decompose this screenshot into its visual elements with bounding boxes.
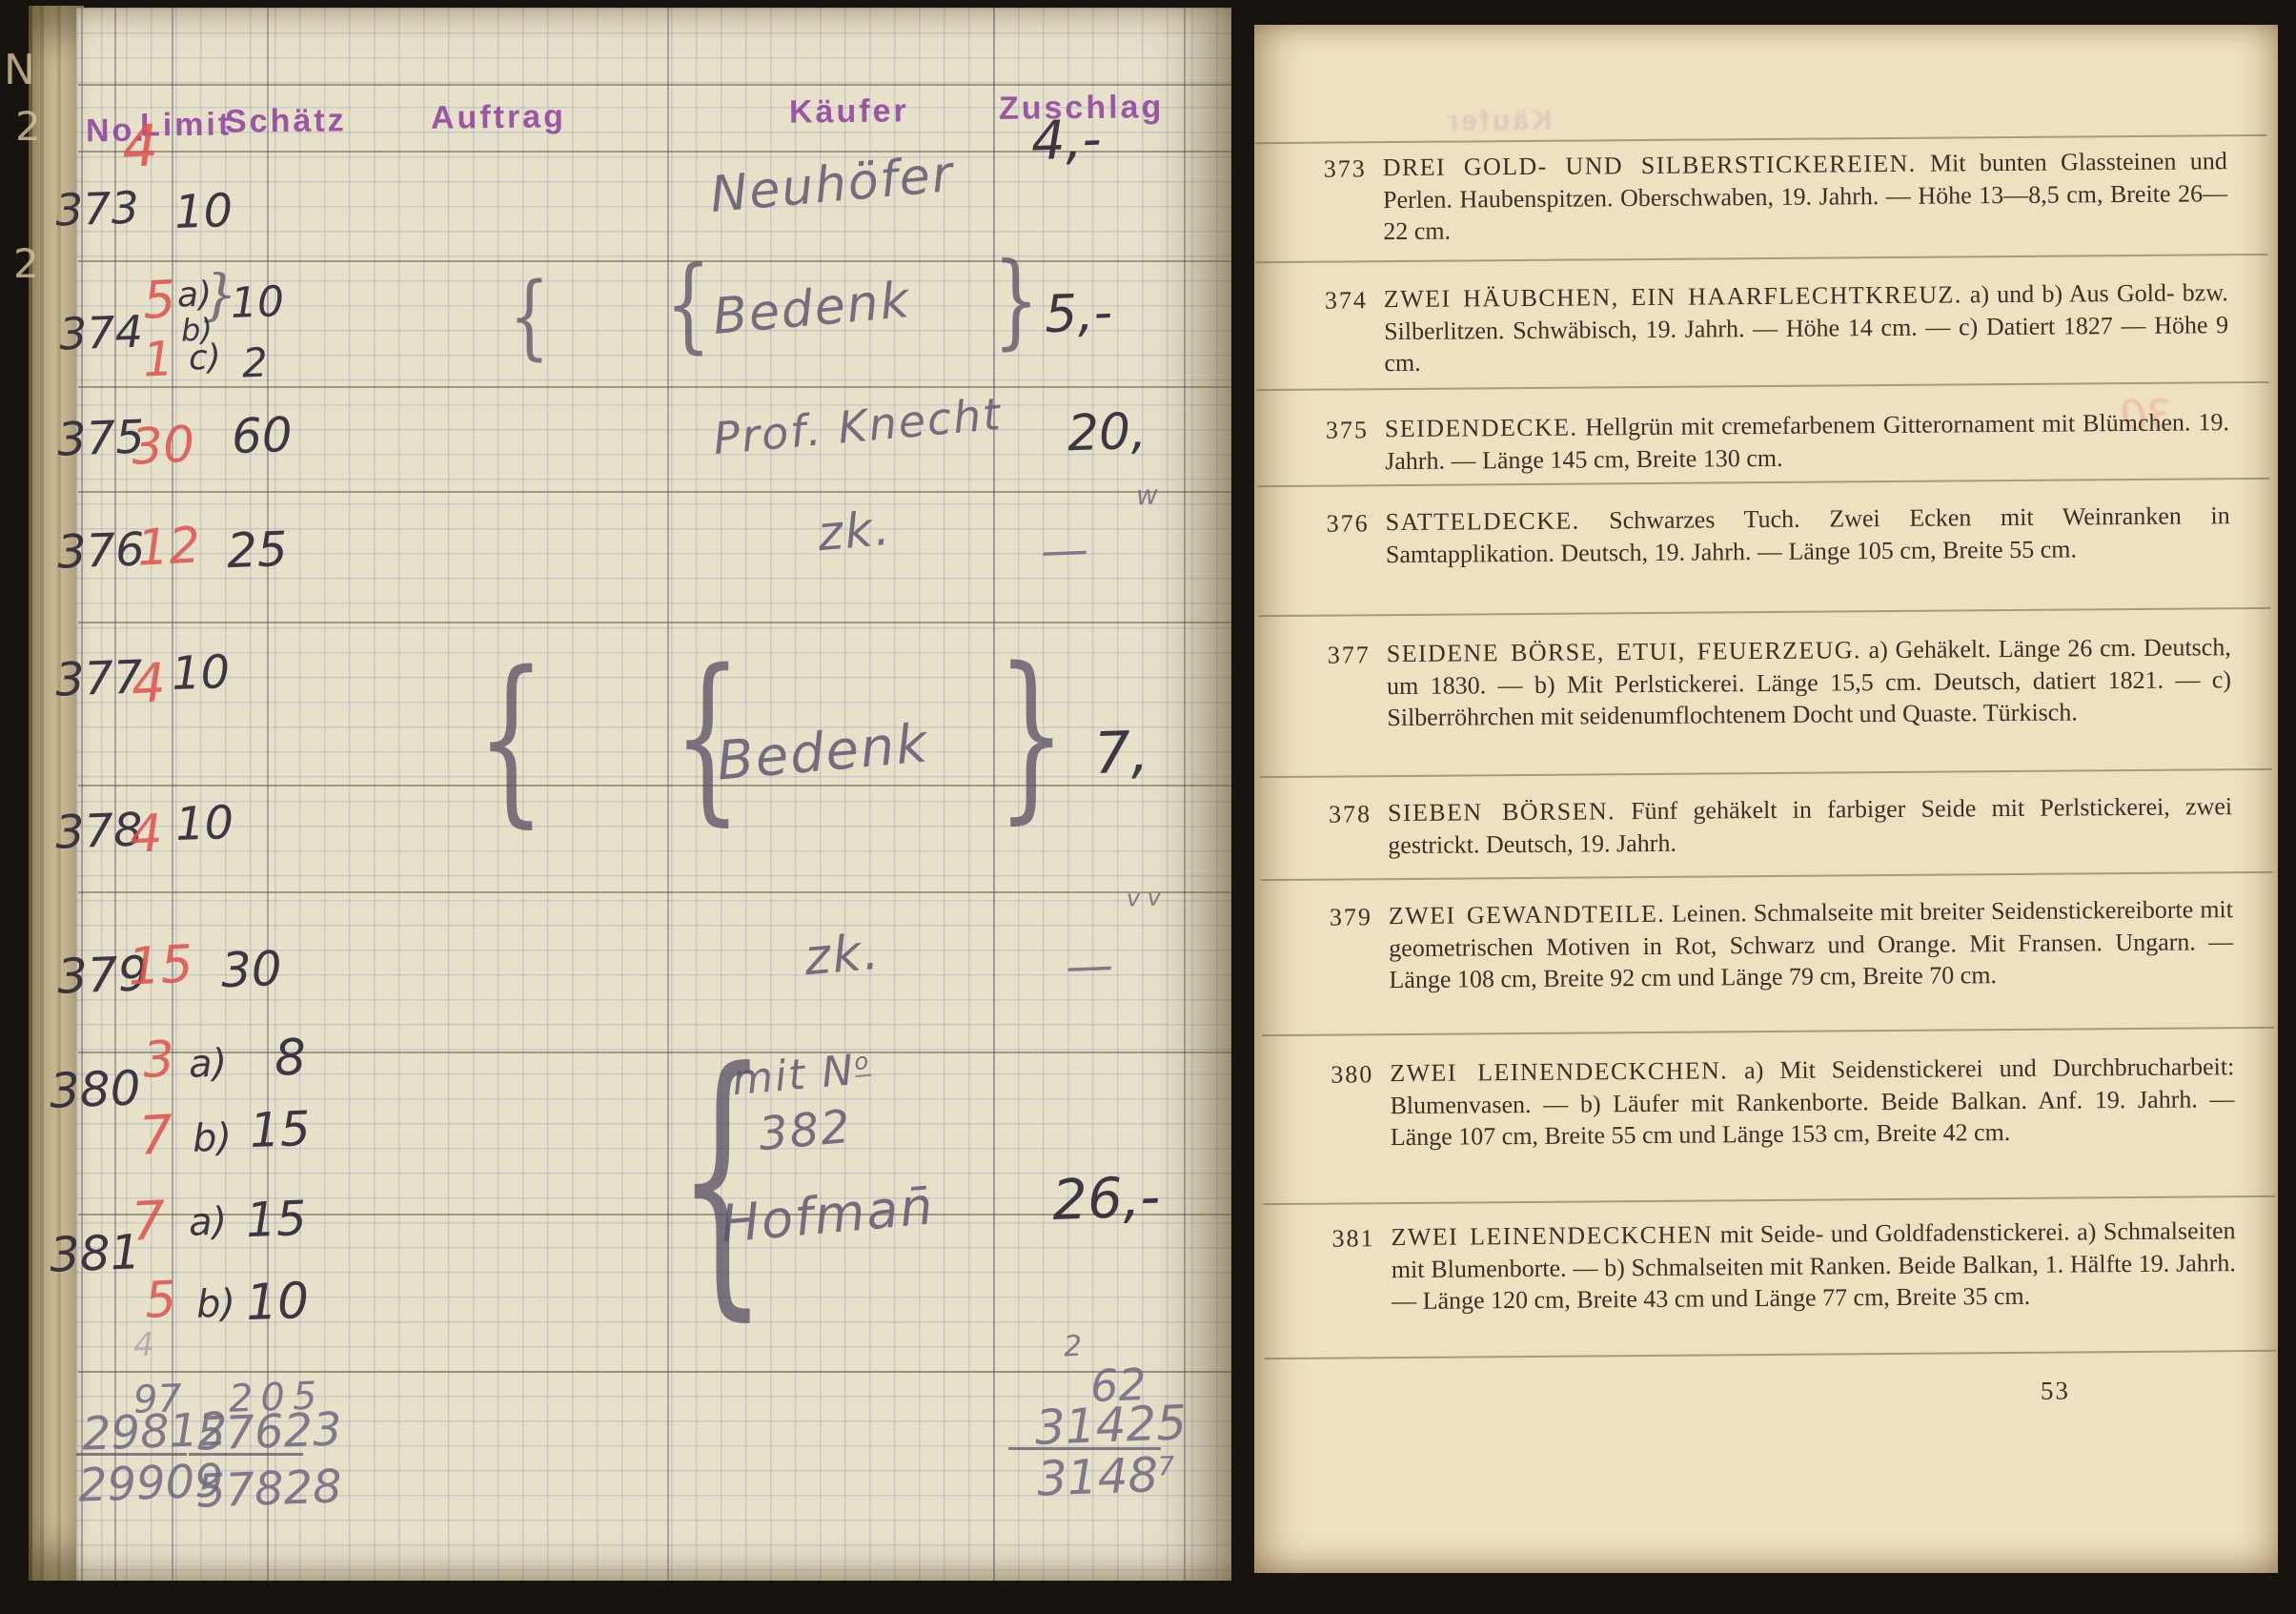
total-zuschlag-carry: 2 bbox=[1063, 1333, 1082, 1362]
hammer-price-dash: — bbox=[1065, 941, 1114, 991]
hammer-price: 4,- bbox=[1030, 113, 1103, 170]
lot-number: 373 bbox=[54, 185, 139, 232]
row-separator bbox=[78, 1052, 1231, 1053]
limit-value: 7 bbox=[131, 1195, 168, 1250]
catalog-entry: 373 DREI GOLD- UND SILBERSTICKEREIEN. Mi… bbox=[1383, 145, 2228, 247]
hammer-price: 26,- bbox=[1051, 1169, 1161, 1228]
column-line bbox=[81, 8, 83, 1581]
sum-line bbox=[76, 1453, 187, 1456]
limit-value: 4 bbox=[129, 807, 164, 861]
catalog-entry: 379 ZWEI GEWANDTEILE. Leinen. Schmalseit… bbox=[1389, 893, 2234, 995]
part-label: b) bbox=[192, 1118, 232, 1157]
total-schaetz-add: 57623 bbox=[195, 1406, 342, 1457]
book-scan: N 2 2 No. Limit Schätz Auftrag Käufer Zu… bbox=[0, 0, 2296, 1614]
column-line bbox=[172, 8, 173, 1581]
limit-value: 4 bbox=[120, 117, 159, 176]
entry-title: ZWEI LEINENDECKCHEN bbox=[1391, 1220, 1713, 1251]
entry-number: 378 bbox=[1329, 798, 1372, 830]
lot-number: 381 bbox=[49, 1228, 141, 1278]
group-brace: } bbox=[993, 250, 1039, 353]
row-separator bbox=[78, 260, 1231, 262]
lot-number: 376 bbox=[56, 526, 145, 575]
catalog-page: Käufer 30 373 DREI GOLD- UND SILBERSTICK… bbox=[1254, 25, 2278, 1573]
column-line bbox=[1184, 8, 1186, 1581]
column-line bbox=[667, 8, 669, 1581]
row-separator bbox=[78, 891, 1231, 893]
estimate-value: 10 bbox=[171, 649, 231, 697]
catalog-entry: 376 SATTELDECKE. Schwarzes Tuch. Zwei Ec… bbox=[1386, 500, 2230, 570]
check-mark: w bbox=[1136, 482, 1159, 510]
limit-value: 7 bbox=[138, 1109, 175, 1164]
limit-value: 5 bbox=[144, 1275, 178, 1326]
entry-title: SIEBEN BÖRSEN. bbox=[1388, 797, 1615, 827]
column-line bbox=[267, 8, 269, 1581]
part-label: c) bbox=[188, 340, 221, 376]
check-mark: v v bbox=[1127, 886, 1162, 909]
part-label: b) bbox=[195, 1284, 235, 1323]
hammer-price: 20, bbox=[1067, 407, 1147, 460]
estimate-value: 10 bbox=[173, 188, 234, 235]
entry-rule bbox=[1261, 871, 2273, 881]
part-label: a) bbox=[188, 1044, 227, 1083]
entry-rule bbox=[1263, 1195, 2275, 1205]
catalog-entry: 378 SIEBEN BÖRSEN. Fünf gehäkelt in farb… bbox=[1388, 790, 2232, 861]
hammer-price-dash: — bbox=[1040, 525, 1089, 575]
lot-number: 380 bbox=[49, 1064, 141, 1114]
group-brace: { bbox=[477, 648, 546, 829]
entry-number: 381 bbox=[1331, 1222, 1374, 1255]
entry-rule bbox=[1262, 1027, 2274, 1036]
hammer-price: 5,- bbox=[1044, 287, 1113, 340]
estimate-value: 30 bbox=[220, 945, 282, 994]
total-schaetz-sum: 57828 bbox=[195, 1463, 342, 1514]
group-brace: { bbox=[509, 271, 550, 362]
note-number: 382 bbox=[757, 1104, 853, 1157]
entry-title: DREI GOLD- UND SILBERSTICKEREIEN. bbox=[1383, 150, 1917, 181]
limit-value: 12 bbox=[136, 521, 202, 573]
entry-number: 376 bbox=[1327, 507, 1370, 540]
catalog-entry: 381 ZWEI LEINENDECKCHEN mit Seide- und G… bbox=[1391, 1215, 2236, 1317]
entry-number: 374 bbox=[1325, 284, 1368, 317]
total-zuschlag-add: 31425 bbox=[1034, 1399, 1188, 1452]
limit-value: 1 bbox=[142, 335, 174, 384]
entry-number: 380 bbox=[1331, 1058, 1373, 1091]
entry-title: SEIDENDECKE. bbox=[1385, 414, 1578, 443]
row-separator bbox=[78, 1371, 1231, 1373]
note-text: mit No bbox=[730, 1049, 872, 1103]
entry-title: SEIDENE BÖRSE, ETUI, FEUERZEUG. bbox=[1387, 636, 1861, 667]
page-number: 53 bbox=[2041, 1377, 2070, 1406]
estimate-value: 10 bbox=[245, 1277, 310, 1328]
buyer-abbrev: zk. bbox=[816, 504, 893, 559]
lot-number: 374 bbox=[58, 309, 143, 356]
header-auftrag: Auftrag bbox=[431, 100, 566, 133]
header-kaeufer: Käufer bbox=[789, 94, 909, 128]
estimate-value: 15 bbox=[249, 1105, 311, 1154]
estimate-value: 2 bbox=[241, 343, 268, 384]
estimate-value: 8 bbox=[274, 1032, 307, 1083]
entry-title: SATTELDECKE. bbox=[1386, 507, 1580, 537]
entry-rule bbox=[1256, 254, 2268, 263]
limit-value: 15 bbox=[127, 938, 194, 993]
group-brace: { bbox=[665, 254, 711, 357]
catalog-entry: 374 ZWEI HÄUBCHEN, EIN HAARFLECHTKREUZ. … bbox=[1384, 276, 2229, 378]
entry-number: 373 bbox=[1324, 153, 1367, 185]
sum-sup: 7 bbox=[1157, 1451, 1175, 1482]
entry-rule bbox=[1255, 134, 2267, 144]
total-zuschlag-sum: 31487 bbox=[1036, 1450, 1175, 1502]
limit-value: 3 bbox=[142, 1034, 176, 1086]
group-brace: } bbox=[997, 644, 1067, 826]
row-separator bbox=[78, 622, 1231, 623]
header-schaetz: Schätz bbox=[225, 104, 347, 137]
row-separator bbox=[78, 491, 1231, 493]
entry-rule bbox=[1258, 607, 2270, 617]
entry-number: 379 bbox=[1330, 901, 1372, 933]
entry-title: ZWEI GEWANDTEILE. bbox=[1389, 900, 1665, 930]
entry-rule bbox=[1260, 768, 2272, 778]
sum-line bbox=[189, 1453, 303, 1456]
estimate-value: 60 bbox=[231, 411, 293, 460]
margin-mark: N bbox=[4, 50, 35, 92]
estimate-value: 10 bbox=[174, 800, 234, 848]
ghost-digit: 4 bbox=[132, 1329, 154, 1362]
limit-value: 4 bbox=[131, 657, 168, 712]
bleed-stamp: Käufer bbox=[1444, 107, 1552, 136]
estimate-value: 15 bbox=[245, 1195, 307, 1244]
entry-title: ZWEI LEINENDECKCHEN. bbox=[1390, 1056, 1728, 1087]
margin-mark: 2 bbox=[15, 107, 41, 147]
part-label: a) bbox=[188, 1202, 227, 1241]
entry-rule bbox=[1257, 478, 2269, 487]
catalog-entry: 375 SEIDENDECKE. Hellgrün mit cremefarbe… bbox=[1385, 406, 2229, 477]
entry-title: ZWEI HÄUBCHEN, EIN HAARFLECHTKREUZ. bbox=[1384, 280, 1962, 313]
limit-value: 30 bbox=[131, 419, 196, 472]
entry-number: 377 bbox=[1328, 639, 1371, 671]
entry-number: 375 bbox=[1326, 414, 1369, 446]
catalog-entry: 377 SEIDENE BÖRSE, ETUI, FEUERZEUG. a) G… bbox=[1387, 631, 2232, 733]
estimate-value: 25 bbox=[226, 525, 288, 575]
limit-value: 5 bbox=[142, 274, 177, 327]
note-sup-o: o bbox=[853, 1048, 871, 1077]
catalog-entry: 380 ZWEI LEINENDECKCHEN. a) Mit Seidenst… bbox=[1390, 1051, 2235, 1153]
row-separator bbox=[78, 84, 1231, 86]
hammer-price: 7, bbox=[1093, 724, 1149, 783]
entry-rule bbox=[1257, 381, 2269, 391]
row-separator bbox=[78, 386, 1231, 388]
column-line bbox=[114, 8, 116, 1581]
margin-mark: 2 bbox=[13, 244, 39, 284]
sum-main: 3148 bbox=[1036, 1447, 1159, 1506]
entry-rule bbox=[1265, 1350, 2277, 1359]
buyer-abbrev: zk. bbox=[803, 928, 883, 984]
estimate-value: 10 bbox=[230, 281, 285, 325]
